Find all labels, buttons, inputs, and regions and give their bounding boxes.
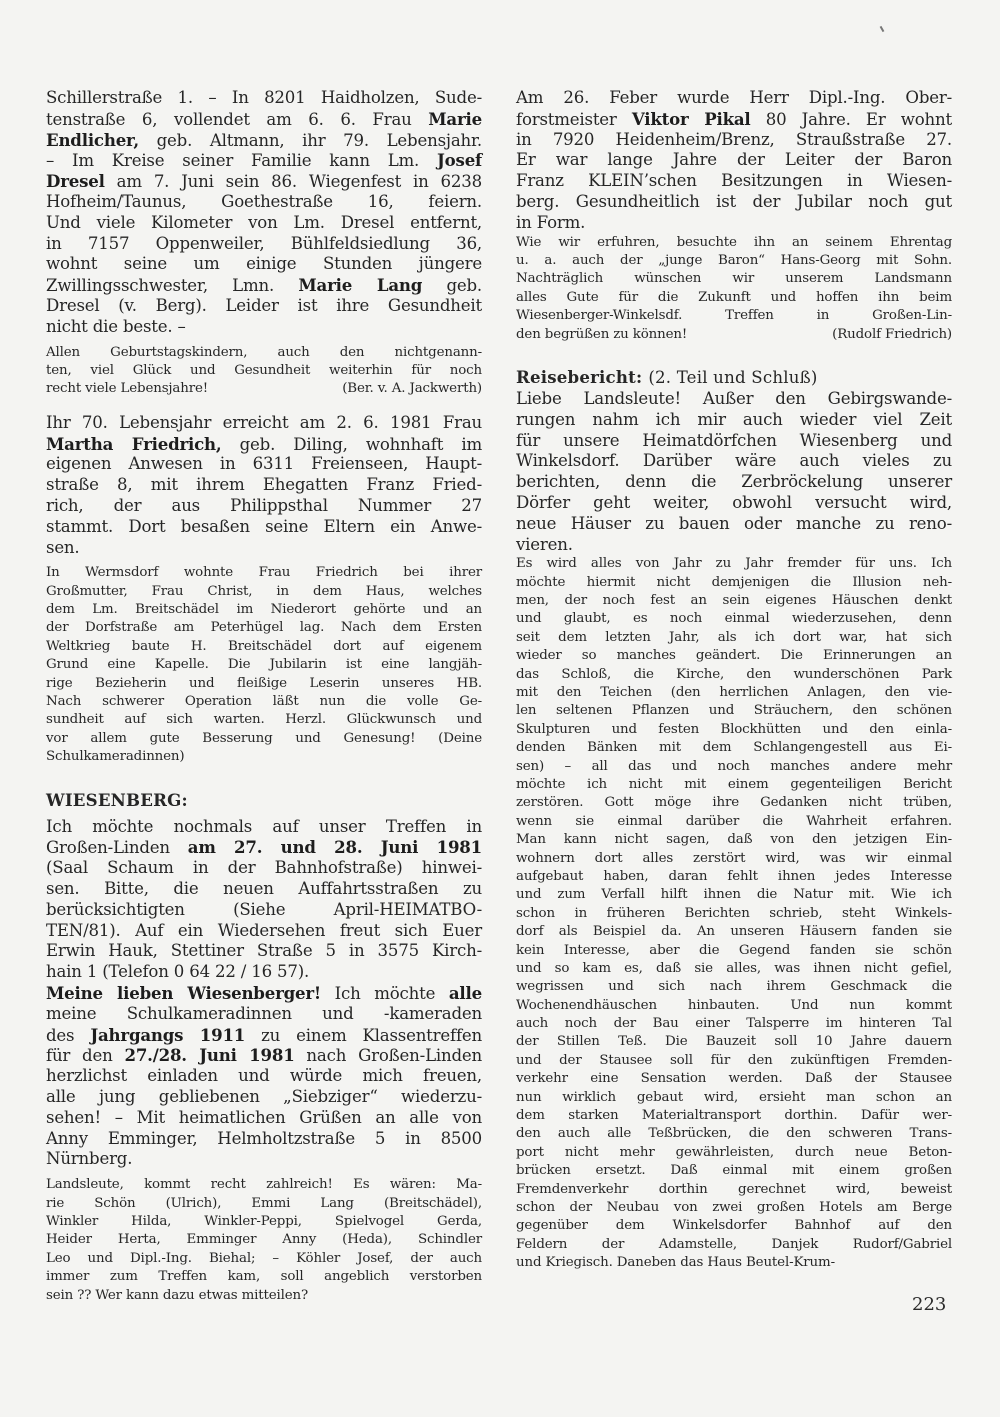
text-line: in 7157 Oppenweiler, Bühlfeldsiedlung 36… bbox=[46, 234, 482, 255]
text-line: für unsere Heimatdörfchen Wiesenberg und bbox=[516, 431, 952, 452]
text-line: men, der noch fest an sein eigenes Häusc… bbox=[516, 592, 952, 610]
text-line: der Dorfstraße am Peterhügel lag. Nach d… bbox=[46, 619, 482, 637]
text-line: Martha Friedrich, geb. Diling, wohnhaft … bbox=[46, 434, 482, 455]
text-line: in 7920 Heidenheim/Brenz, Straußstraße 2… bbox=[516, 130, 952, 151]
text-line: wieder so manches geändert. Die Erinneru… bbox=[516, 647, 952, 665]
right-column: Am 26. Feber wurde Herr Dipl.-Ing. Ober-… bbox=[516, 88, 952, 1273]
text-line: der Stillen Teß. Die Bauzeit soll 10 Jah… bbox=[516, 1033, 952, 1051]
text-line: möchte hiermit nicht demjenigen die Illu… bbox=[516, 574, 952, 592]
text-line: In Wermsdorf wohnte Frau Friedrich bei i… bbox=[46, 564, 482, 582]
section-heading-wiesenberg: WIESENBERG: bbox=[46, 789, 482, 811]
text-line: und Kriegisch. Daneben das Haus Beutel-K… bbox=[516, 1254, 952, 1272]
text-line: Fremdenverkehr dorthin gerechnet wird, b… bbox=[516, 1181, 952, 1199]
text-line: Und viele Kilometer von Lm. Dresel entfe… bbox=[46, 213, 482, 234]
text-line: wohnt seine um einige Stunden jüngere bbox=[46, 254, 482, 275]
author-signature: (Rudolf Friedrich) bbox=[832, 326, 952, 344]
text-line: Allen Geburtstagskindern, auch den nicht… bbox=[46, 344, 482, 362]
text-line: rige Bezieherin und fleißige Leserin uns… bbox=[46, 675, 482, 693]
text-line: Feldern der Adamstelle, Danjek Rudorf/Ga… bbox=[516, 1236, 952, 1254]
text-line: TEN/81). Auf ein Wiedersehen freut sich … bbox=[46, 921, 482, 942]
text-line: wegrissen und sich nach ihrem Geschmack … bbox=[516, 978, 952, 996]
reisebericht-intro: Liebe Landsleute! Außer den Gebirgswande… bbox=[516, 389, 952, 555]
text-line: sen. bbox=[46, 538, 482, 559]
text-line: denden Bänken mit dem Schlangengestell a… bbox=[516, 739, 952, 757]
text-line: straße 8, mit ihrem Ehegatten Franz Frie… bbox=[46, 475, 482, 496]
text-line: recht viele Lebensjahre!(Ber. v. A. Jack… bbox=[46, 380, 482, 398]
text-line: Großen-Linden am 27. und 28. Juni 1981 bbox=[46, 837, 482, 858]
text-line: Winkelsdorf. Darüber wäre auch vieles zu bbox=[516, 451, 952, 472]
birthday-wishes-note: Allen Geburtstagskindern, auch den nicht… bbox=[46, 344, 482, 399]
wermsdorf-note: In Wermsdorf wohnte Frau Friedrich bei i… bbox=[46, 564, 482, 766]
treffen-announcement: Ich möchte nochmals auf unser Treffen in… bbox=[46, 817, 482, 983]
text-line: kein Interesse, aber die Gegend fanden s… bbox=[516, 942, 952, 960]
text-line: sein ?? Wer kann dazu etwas mitteilen? bbox=[46, 1287, 482, 1305]
text-line: schon in früheren Berichten schrieb, ste… bbox=[516, 905, 952, 923]
text-line: Am 26. Feber wurde Herr Dipl.-Ing. Ober- bbox=[516, 88, 952, 109]
text-line: und glaubt, es noch einmal wiederzusehen… bbox=[516, 610, 952, 628]
text-line: Skulpturen und festen Blockhütten und de… bbox=[516, 721, 952, 739]
text-line: aufgebaut haben, daran fehlt ihnen jedes… bbox=[516, 868, 952, 886]
text-line: Ich möchte nochmals auf unser Treffen in bbox=[46, 817, 482, 838]
text-line: ten, viel Glück und Gesundheit weiterhin… bbox=[46, 362, 482, 380]
birthday-martha-friedrich: Ihr 70. Lebensjahr erreicht am 2. 6. 198… bbox=[46, 413, 482, 559]
text-line: rungen nahm ich mir auch wieder viel Zei… bbox=[516, 410, 952, 431]
text-line: und zum Verfall hilft ihnen die Natur mi… bbox=[516, 886, 952, 904]
text-line: rie Schön (Ulrich), Emmi Lang (Breitschä… bbox=[46, 1195, 482, 1213]
text-line: Wiesenberger-Winkelsdf. Treffen in Große… bbox=[516, 307, 952, 325]
magazine-page: Schillerstraße 1. – In 8201 Haidholzen, … bbox=[0, 0, 1000, 1417]
text-line: Meine lieben Wiesenberger! Ich möchte al… bbox=[46, 983, 482, 1004]
text-line: nun wirklich gebaut wird, ersieht man sc… bbox=[516, 1089, 952, 1107]
text-line: dorf als Beispiel da. An unseren Häusern… bbox=[516, 923, 952, 941]
text-line: und so kam es, daß sie alles, was ihnen … bbox=[516, 960, 952, 978]
text-line: vieren. bbox=[516, 535, 952, 556]
text-line: Schulkameradinnen) bbox=[46, 748, 482, 766]
text-line: Landsleute, kommt recht zahlreich! Es wä… bbox=[46, 1176, 482, 1194]
text-line: Liebe Landsleute! Außer den Gebirgswande… bbox=[516, 389, 952, 410]
text-line: forstmeister Viktor Pikal 80 Jahre. Er w… bbox=[516, 109, 952, 130]
text-line: in Form. bbox=[516, 213, 952, 234]
text-line: dem starken Materialtransport dorthin. D… bbox=[516, 1107, 952, 1125]
pikal-visit-note: Wie wir erfuhren, besuchte ihn an seinem… bbox=[516, 234, 952, 344]
birthday-endlicher-dresel: Schillerstraße 1. – In 8201 Haidholzen, … bbox=[46, 88, 482, 338]
text-line: verkehr eine Sensation werden. Daß der S… bbox=[516, 1070, 952, 1088]
text-line: berg. Gesundheitlich ist der Jubilar noc… bbox=[516, 192, 952, 213]
text-line: Wochenendhäuschen hinbauten. Und nun kom… bbox=[516, 997, 952, 1015]
text-line: tenstraße 6, vollendet am 6. 6. Frau Mar… bbox=[46, 109, 482, 130]
text-line: vor allem gute Besserung und Genesung! (… bbox=[46, 730, 482, 748]
text-line: sehen! – Mit heimatlichen Grüßen an alle… bbox=[46, 1108, 482, 1129]
text-line: für den 27./28. Juni 1981 nach Großen-Li… bbox=[46, 1045, 482, 1066]
text-line: Wie wir erfuhren, besuchte ihn an seinem… bbox=[516, 234, 952, 252]
text-line: Großmutter, Frau Christ, in dem Haus, we… bbox=[46, 583, 482, 601]
text-line: möchte ich nicht mit einem gegenteiligen… bbox=[516, 776, 952, 794]
text-line: Nürnberg. bbox=[46, 1149, 482, 1170]
text-line: immer zum Treffen kam, soll angeblich ve… bbox=[46, 1268, 482, 1286]
text-line: Man kann nicht sagen, daß von den jetzig… bbox=[516, 831, 952, 849]
text-line: dem Lm. Breitschädel im Niederort gehört… bbox=[46, 601, 482, 619]
text-line: wohnern dort alles zerstört wird, was wi… bbox=[516, 850, 952, 868]
text-line: u. a. auch der „junge Baron“ Hans-Georg … bbox=[516, 252, 952, 270]
text-line: Nach schwerer Operation läßt nun die vol… bbox=[46, 693, 482, 711]
text-line: Franz KLEIN’schen Besitzungen in Wiesen- bbox=[516, 171, 952, 192]
text-line: hain 1 (Telefon 0 64 22 / 16 57). bbox=[46, 962, 482, 983]
text-line: Dresel am 7. Juni sein 86. Wiegenfest in… bbox=[46, 171, 482, 192]
text-line: Grund eine Kapelle. Die Jubilarin ist ei… bbox=[46, 656, 482, 674]
klassentreffen-invitation: Meine lieben Wiesenberger! Ich möchte al… bbox=[46, 983, 482, 1170]
text-line: brücken ersetzt. Daß einmal mit einem gr… bbox=[516, 1162, 952, 1180]
text-line: – Im Kreise seiner Familie kann Lm. Jose… bbox=[46, 150, 482, 171]
reisebericht-title: Reisebericht: bbox=[516, 367, 642, 387]
text-line: zerstören. Gott möge ihre Gedanken nicht… bbox=[516, 794, 952, 812]
left-column: Schillerstraße 1. – In 8201 Haidholzen, … bbox=[46, 88, 482, 1305]
reisebericht-body: Es wird alles von Jahr zu Jahr fremder f… bbox=[516, 555, 952, 1272]
text-line: Schillerstraße 1. – In 8201 Haidholzen, … bbox=[46, 88, 482, 109]
section-heading-reisebericht: Reisebericht: (2. Teil und Schluß) bbox=[516, 366, 952, 389]
text-line: (Saal Schaum in der Bahnhofstraße) hinwe… bbox=[46, 858, 482, 879]
text-line: Dörfer geht weiter, obwohl versucht wird… bbox=[516, 493, 952, 514]
text-line: alles Gute für die Zukunft und hoffen ih… bbox=[516, 289, 952, 307]
text-line: den auch alle Teßbrücken, die den schwer… bbox=[516, 1125, 952, 1143]
text-line: meine Schulkameradinnen und -kameraden bbox=[46, 1004, 482, 1025]
text-line: eigenen Anwesen in 6311 Freienseen, Haup… bbox=[46, 454, 482, 475]
text-line: rich, der aus Philippsthal Nummer 27 bbox=[46, 496, 482, 517]
text-line: sundheit auf sich warten. Herzl. Glückwu… bbox=[46, 711, 482, 729]
text-line: Leo und Dipl.-Ing. Biehal; – Köhler Jose… bbox=[46, 1250, 482, 1268]
text-line: Erwin Hauk, Stettiner Straße 5 in 3575 K… bbox=[46, 941, 482, 962]
text-line: mit den Teichen (den herrlichen Anlagen,… bbox=[516, 684, 952, 702]
text-line: herzlichst einladen und würde mich freue… bbox=[46, 1066, 482, 1087]
text-line: Winkler Hilda, Winkler-Peppi, Spielvogel… bbox=[46, 1213, 482, 1231]
text-line: wenn sie einmal darüber die Wahrheit erf… bbox=[516, 813, 952, 831]
text-line: neue Häuser zu bauen oder manche zu reno… bbox=[516, 514, 952, 535]
text-line: den begrüßen zu können!(Rudolf Friedrich… bbox=[516, 326, 952, 344]
text-line: sen) – all das und noch manches andere m… bbox=[516, 758, 952, 776]
text-line: und der Stausee soll für den zukünftigen… bbox=[516, 1052, 952, 1070]
text-line: nicht die beste. – bbox=[46, 317, 482, 338]
text-line: Zwillingsschwester, Lmn. Marie Lang geb. bbox=[46, 275, 482, 296]
text-line: port nicht mehr gewährleisten, durch neu… bbox=[516, 1144, 952, 1162]
text-line: stammt. Dort besaßen seine Eltern ein An… bbox=[46, 517, 482, 538]
text-line: Ihr 70. Lebensjahr erreicht am 2. 6. 198… bbox=[46, 413, 482, 434]
scan-speck bbox=[880, 26, 885, 32]
text-line: das Schloß, die Kirche, den wunderschöne… bbox=[516, 666, 952, 684]
text-line: Es wird alles von Jahr zu Jahr fremder f… bbox=[516, 555, 952, 573]
text-line: des Jahrgangs 1911 zu einem Klassentreff… bbox=[46, 1025, 482, 1046]
text-line: berichten, denn die Zerbröckelung unsere… bbox=[516, 472, 952, 493]
reisebericht-subtitle: (2. Teil und Schluß) bbox=[648, 368, 817, 387]
author-signature: (Ber. v. A. Jackwerth) bbox=[342, 380, 482, 398]
text-line: alle jung gebliebenen „Siebziger“ wieder… bbox=[46, 1087, 482, 1108]
text-line: Endlicher, geb. Altmann, ihr 79. Lebensj… bbox=[46, 130, 482, 151]
text-line: Er war lange Jahre der Leiter der Baron bbox=[516, 150, 952, 171]
text-line: Nachträglich wünschen wir unserem Landsm… bbox=[516, 270, 952, 288]
text-line: sen. Bitte, die neuen Auffahrtsstraßen z… bbox=[46, 879, 482, 900]
text-line: auch noch der Bau einer Talsperre im hin… bbox=[516, 1015, 952, 1033]
text-line: Weltkrieg baute H. Breitschädel dort auf… bbox=[46, 638, 482, 656]
classmates-list: Landsleute, kommt recht zahlreich! Es wä… bbox=[46, 1176, 482, 1305]
text-line: gegenüber dem Winkelsdorfer Bahnhof auf … bbox=[516, 1217, 952, 1235]
text-line: schon der Neubau von zwei großen Hotels … bbox=[516, 1199, 952, 1217]
page-number: 223 bbox=[912, 1294, 946, 1315]
text-line: Hofheim/Taunus, Goethestraße 16, feiern. bbox=[46, 192, 482, 213]
text-line: Heider Herta, Emminger Anny (Heda), Schi… bbox=[46, 1231, 482, 1249]
text-line: len seltenen Pflanzen und Sträuchern, de… bbox=[516, 702, 952, 720]
text-line: Dresel (v. Berg). Leider ist ihre Gesund… bbox=[46, 296, 482, 317]
text-line: berücksichtigten (Siehe April-HEIMATBO- bbox=[46, 900, 482, 921]
text-line: seit dem letzten Jahr, als ich dort war,… bbox=[516, 629, 952, 647]
text-line: Anny Emminger, Helmholtzstraße 5 in 8500 bbox=[46, 1129, 482, 1150]
birthday-viktor-pikal: Am 26. Feber wurde Herr Dipl.-Ing. Ober-… bbox=[516, 88, 952, 234]
